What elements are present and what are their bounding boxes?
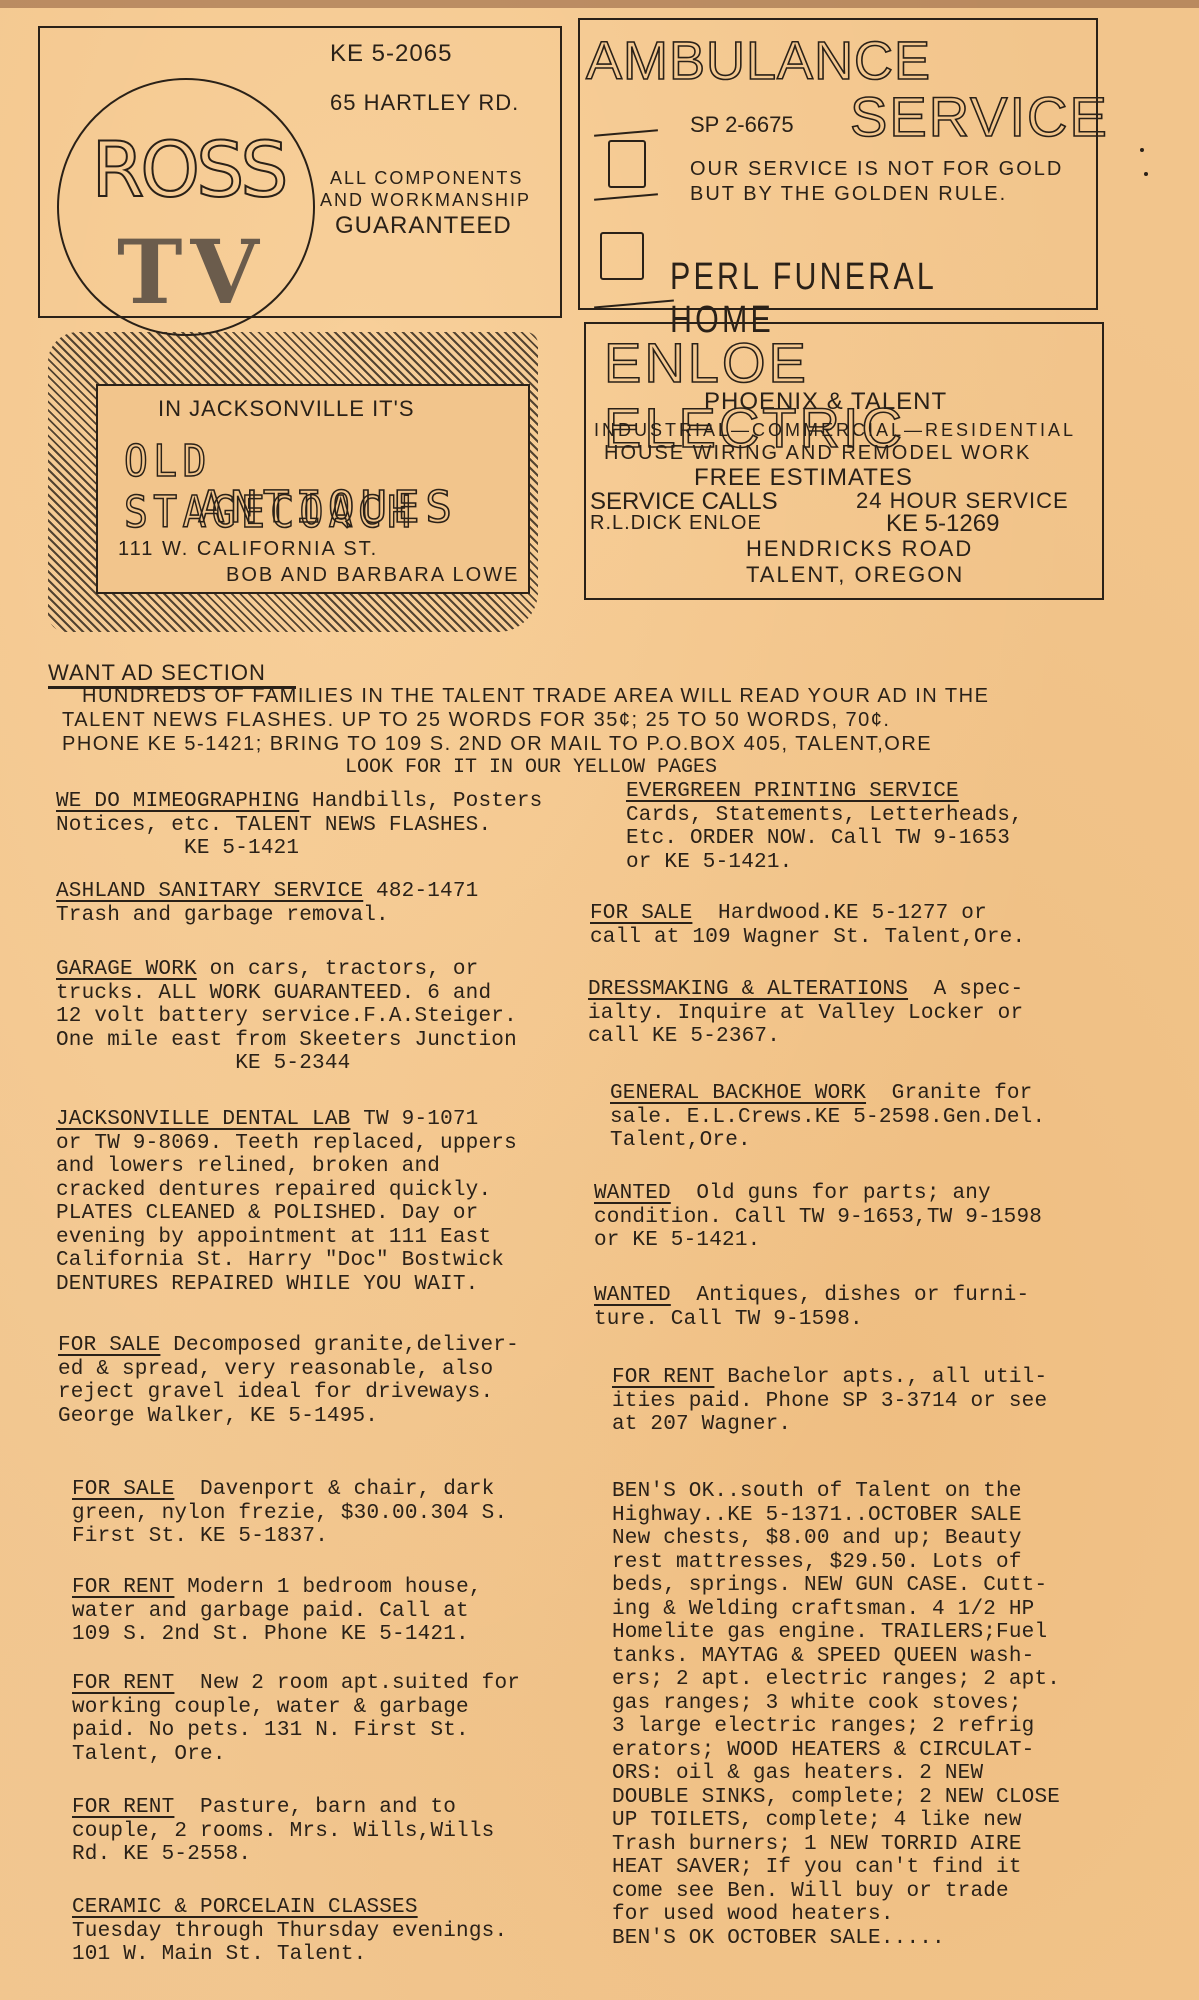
classified-text: at 207 Wagner. — [612, 1413, 791, 1436]
classified-ad: FOR RENT Bachelor apts., all util-ities … — [612, 1366, 1047, 1437]
enloe-services: House wiring and Remodel Work — [604, 442, 1031, 465]
classified-text: ers; 2 apt. electric ranges; 2 apt. — [612, 1668, 1060, 1691]
ambulance-service-title: SERVICE — [850, 84, 1109, 149]
classified-text: working couple, water & garbage — [72, 1696, 469, 1719]
classified-text: ORS: oil & gas heaters. 2 NEW — [612, 1762, 983, 1785]
classified-line: FOR RENT Modern 1 bedroom house, — [72, 1576, 482, 1600]
ambulance-phone: SP 2-6675 — [690, 112, 794, 138]
classified-text: gas ranges; 3 white cook stoves; — [612, 1692, 1022, 1715]
paper-speck — [1144, 172, 1148, 176]
classified-text: HEAT SAVER; If you can't find it — [612, 1856, 1022, 1879]
classified-text: or KE 5-1421. — [626, 851, 792, 874]
enloe-sectors: INDUSTRIAL—COMMERCIAL—RESIDENTIAL — [594, 420, 1076, 441]
decorative-rule — [594, 193, 658, 201]
classified-text: New 2 room apt.suited for — [174, 1672, 520, 1695]
classified-line: DOUBLE SINKS, complete; 2 NEW CLOSE — [612, 1786, 1060, 1810]
classified-text: Homelite gas engine. TRAILERS;Fuel — [612, 1621, 1047, 1644]
ross-tagline-1: All components — [330, 168, 523, 189]
ross-phone: KE 5-2065 — [330, 40, 452, 68]
classified-ad: FOR SALE Decomposed granite,deliver-ed &… — [58, 1334, 519, 1428]
classified-line: Cards, Statements, Letterheads, — [626, 804, 1023, 828]
classified-line: gas ranges; 3 white cook stoves; — [612, 1692, 1060, 1716]
classified-line: GARAGE WORK on cars, tractors, or — [56, 958, 517, 982]
classified-heading: FOR RENT — [612, 1366, 714, 1389]
classified-text: trucks. ALL WORK GUARANTEED. 6 and — [56, 982, 491, 1005]
classified-line: JACKSONVILLE DENTAL LAB TW 9-1071 — [56, 1108, 517, 1132]
classified-line: water and garbage paid. Call at — [72, 1600, 482, 1624]
classified-line: Trash burners; 1 NEW TORRID AIRE — [612, 1833, 1060, 1857]
classified-heading: FOR RENT — [72, 1576, 174, 1599]
checkbox-icon — [600, 232, 644, 280]
classified-text: condition. Call TW 9-1653,TW 9-1598 — [594, 1206, 1042, 1229]
page-edge — [0, 0, 1199, 8]
classified-line: Talent,Ore. — [610, 1129, 1045, 1153]
classified-line: or KE 5-1421. — [594, 1229, 1042, 1253]
classified-ad: CERAMIC & PORCELAIN CLASSESTuesday throu… — [72, 1896, 507, 1967]
classified-line: CERAMIC & PORCELAIN CLASSES — [72, 1896, 507, 1920]
classified-line: evening by appointment at 111 East — [56, 1226, 517, 1250]
classified-text: Etc. ORDER NOW. Call TW 9-1653 — [626, 827, 1010, 850]
classified-text: DOUBLE SINKS, complete; 2 NEW CLOSE — [612, 1786, 1060, 1809]
classified-text: Old guns for parts; any — [671, 1182, 991, 1205]
classified-line: One mile east from Skeeters Junction — [56, 1029, 517, 1053]
classified-line: Highway..KE 5-1371..OCTOBER SALE — [612, 1504, 1060, 1528]
stagecoach-panel: IN JACKSONVILLE IT'S OLD STAGECOACH ANTI… — [96, 384, 530, 594]
yellow-pages-note: LOOK FOR IT IN OUR YELLOW PAGES — [345, 756, 717, 779]
classified-text: Talent, Ore. — [72, 1743, 226, 1766]
decorative-rule — [594, 129, 658, 137]
classified-text: Notices, etc. TALENT NEWS FLASHES. — [56, 814, 491, 837]
classified-heading: WANTED — [594, 1182, 671, 1205]
classified-line: sale. E.L.Crews.KE 5-2598.Gen.Del. — [610, 1106, 1045, 1130]
classified-line: BEN'S OK..south of Talent on the — [612, 1480, 1060, 1504]
ambulance-motto-2: But by the Golden Rule. — [690, 183, 1007, 206]
classified-line: FOR SALE Davenport & chair, dark — [72, 1478, 507, 1502]
classified-text: sale. E.L.Crews.KE 5-2598.Gen.Del. — [610, 1106, 1045, 1129]
classified-text: on cars, tractors, or — [197, 958, 479, 981]
classified-line: and lowers relined, broken and — [56, 1155, 517, 1179]
classified-line: Homelite gas engine. TRAILERS;Fuel — [612, 1621, 1060, 1645]
enloe-location: PHOENIX & TALENT — [704, 388, 947, 416]
classified-text: or TW 9-8069. Teeth replaced, uppers — [56, 1132, 517, 1155]
classified-line: couple, 2 rooms. Mrs. Wills,Wills — [72, 1820, 494, 1844]
classified-heading: DRESSMAKING & ALTERATIONS — [588, 978, 908, 1001]
ross-tv-ad: ROSS TV KE 5-2065 65 Hartley Rd. All com… — [38, 26, 562, 318]
classified-ad: DRESSMAKING & ALTERATIONS A spec-ialty. … — [588, 978, 1023, 1049]
classified-line: Trash and garbage removal. — [56, 904, 478, 928]
stagecoach-intro: IN JACKSONVILLE IT'S — [158, 396, 415, 422]
classified-text: Granite for — [866, 1082, 1032, 1105]
classified-line: New chests, $8.00 and up; Beauty — [612, 1527, 1060, 1551]
classified-ad: WE DO MIMEOGRAPHING Handbills, PostersNo… — [56, 790, 543, 861]
classified-heading: GARAGE WORK — [56, 958, 197, 981]
classified-line: HEAT SAVER; If you can't find it — [612, 1856, 1060, 1880]
classified-line: reject gravel ideal for driveways. — [58, 1381, 519, 1405]
classified-line: FOR RENT Bachelor apts., all util- — [612, 1366, 1047, 1390]
classified-line: WANTED Antiques, dishes or furni- — [594, 1284, 1029, 1308]
classified-line: PLATES CLEANED & POLISHED. Day or — [56, 1202, 517, 1226]
classified-text: BEN'S OK..south of Talent on the — [612, 1480, 1022, 1503]
classified-text: come see Ben. Will buy or trade — [612, 1880, 1009, 1903]
classified-text: ialty. Inquire at Valley Locker or — [588, 1002, 1023, 1025]
classified-line: Notices, etc. TALENT NEWS FLASHES. — [56, 814, 543, 838]
classified-line: call at 109 Wagner St. Talent,Ore. — [590, 926, 1025, 950]
classified-ad: FOR SALE Hardwood.KE 5-1277 orcall at 10… — [590, 902, 1025, 949]
classified-text: call at 109 Wagner St. Talent,Ore. — [590, 926, 1025, 949]
classified-text: ing & Welding craftsman. 4 1/2 HP — [612, 1598, 1034, 1621]
decorative-rule — [594, 300, 674, 309]
classified-text: Hardwood.KE 5-1277 or — [692, 902, 986, 925]
classified-heading: FOR SALE — [58, 1334, 160, 1357]
classified-text: evening by appointment at 111 East — [56, 1226, 491, 1249]
classified-text: Modern 1 bedroom house, — [174, 1576, 481, 1599]
want-ad-intro: Hundreds of families in the Talent Trade… — [62, 684, 1162, 756]
classified-text: Highway..KE 5-1371..OCTOBER SALE — [612, 1504, 1022, 1527]
classified-ad: GARAGE WORK on cars, tractors, ortrucks.… — [56, 958, 517, 1076]
classified-line: California St. Harry "Doc" Bostwick — [56, 1249, 517, 1273]
stagecoach-name-2: ANTIQUES — [198, 482, 458, 533]
classified-line: 3 large electric ranges; 2 refrig — [612, 1715, 1060, 1739]
classified-text: or KE 5-1421. — [594, 1229, 760, 1252]
classified-line: tanks. MAYTAG & SPEED QUEEN wash- — [612, 1645, 1060, 1669]
classified-line: GENERAL BACKHOE WORK Granite for — [610, 1082, 1045, 1106]
classified-heading: FOR SALE — [72, 1478, 174, 1501]
ross-tagline-3: GUARANTEED — [335, 212, 512, 240]
classified-line: Etc. ORDER NOW. Call TW 9-1653 — [626, 827, 1023, 851]
checkbox-icon — [608, 140, 646, 188]
classified-ad: ASHLAND SANITARY SERVICE 482-1471Trash a… — [56, 880, 478, 927]
ambulance-title: AMBULANCE — [586, 30, 931, 92]
classified-line: Talent, Ore. — [72, 1743, 520, 1767]
classified-line: BEN'S OK OCTOBER SALE..... — [612, 1927, 1060, 1951]
enloe-city: Talent, Oregon — [746, 562, 964, 588]
intro-line: Hundreds of families in the Talent Trade… — [62, 684, 1162, 708]
classified-text: ities paid. Phone SP 3-3714 or see — [612, 1390, 1047, 1413]
classified-line: 109 S. 2nd St. Phone KE 5-1421. — [72, 1623, 482, 1647]
classified-ad: WANTED Antiques, dishes or furni-ture. C… — [594, 1284, 1029, 1331]
classified-heading: FOR RENT — [72, 1796, 174, 1819]
classified-text: reject gravel ideal for driveways. — [58, 1381, 493, 1404]
classified-text: One mile east from Skeeters Junction — [56, 1029, 517, 1052]
tv-logo-icon: TV — [117, 220, 257, 324]
classified-line: WE DO MIMEOGRAPHING Handbills, Posters — [56, 790, 543, 814]
classified-heading: FOR RENT — [72, 1672, 174, 1695]
classified-line: ing & Welding craftsman. 4 1/2 HP — [612, 1598, 1060, 1622]
classified-line: cracked dentures repaired quickly. — [56, 1179, 517, 1203]
intro-line: Talent News Flashes. Up to 25 words for … — [62, 708, 1162, 732]
classified-heading: EVERGREEN PRINTING SERVICE — [626, 780, 959, 803]
classified-text: ture. Call TW 9-1598. — [594, 1308, 863, 1331]
classified-text: paid. No pets. 131 N. First St. — [72, 1719, 469, 1742]
enloe-electric-ad: ENLOE ELECTRIC PHOENIX & TALENT INDUSTRI… — [584, 322, 1104, 600]
stagecoach-address: 111 W. California St. — [118, 538, 378, 561]
classified-line: green, nylon frezie, $30.00.304 S. — [72, 1502, 507, 1526]
classified-heading: WANTED — [594, 1284, 671, 1307]
classified-text: DENTURES REPAIRED WHILE YOU WAIT. — [56, 1273, 478, 1296]
classified-text: KE 5-2344 — [56, 1052, 350, 1075]
classified-line: for used wood heaters. — [612, 1903, 1060, 1927]
classified-text: George Walker, KE 5-1495. — [58, 1405, 378, 1428]
classified-line: trucks. ALL WORK GUARANTEED. 6 and — [56, 982, 517, 1006]
classified-heading: FOR SALE — [590, 902, 692, 925]
enloe-road: Hendricks Road — [746, 536, 973, 562]
classified-ad: FOR RENT New 2 room apt.suited forworkin… — [72, 1672, 520, 1766]
classified-text: Antiques, dishes or furni- — [671, 1284, 1029, 1307]
enloe-phone: KE 5-1269 — [886, 510, 999, 538]
classified-line: DRESSMAKING & ALTERATIONS A spec- — [588, 978, 1023, 1002]
stagecoach-antiques-ad: IN JACKSONVILLE IT'S OLD STAGECOACH ANTI… — [48, 332, 538, 632]
classified-text: Decomposed granite,deliver- — [160, 1334, 518, 1357]
classified-text: erators; WOOD HEATERS & CIRCULAT- — [612, 1739, 1034, 1762]
classified-line: ORS: oil & gas heaters. 2 NEW — [612, 1762, 1060, 1786]
classified-line: or KE 5-1421. — [626, 851, 1023, 875]
classified-text: Trash burners; 1 NEW TORRID AIRE — [612, 1833, 1022, 1856]
classified-line: FOR RENT New 2 room apt.suited for — [72, 1672, 520, 1696]
classified-heading: ASHLAND SANITARY SERVICE — [56, 880, 363, 903]
classified-ad: BEN'S OK..south of Talent on theHighway.… — [612, 1480, 1060, 1950]
classified-text: 12 volt battery service.F.A.Steiger. — [56, 1005, 517, 1028]
classified-line: ASHLAND SANITARY SERVICE 482-1471 — [56, 880, 478, 904]
classified-heading: JACKSONVILLE DENTAL LAB — [56, 1108, 350, 1131]
classified-text: Pasture, barn and to — [174, 1796, 456, 1819]
classified-ad: FOR RENT Pasture, barn and tocouple, 2 r… — [72, 1796, 494, 1867]
classified-text: Trash and garbage removal. — [56, 904, 389, 927]
classified-line: beds, springs. NEW GUN CASE. Cutt- — [612, 1574, 1060, 1598]
classified-text: Handbills, Posters — [299, 790, 542, 813]
ambulance-ad: AMBULANCE SERVICE SP 2-6675 Our service … — [578, 18, 1098, 310]
classified-text: Talent,Ore. — [610, 1129, 751, 1152]
classified-text: cracked dentures repaired quickly. — [56, 1179, 491, 1202]
classified-text: BEN'S OK OCTOBER SALE..... — [612, 1927, 945, 1950]
classified-text: TW 9-1071 — [350, 1108, 478, 1131]
classified-text: A spec- — [908, 978, 1023, 1001]
classified-text: and lowers relined, broken and — [56, 1155, 440, 1178]
classified-line: First St. KE 5-1837. — [72, 1525, 507, 1549]
classified-text: water and garbage paid. Call at — [72, 1600, 469, 1623]
classified-line: UP TOILETS, complete; 4 like new — [612, 1809, 1060, 1833]
classified-line: EVERGREEN PRINTING SERVICE — [626, 780, 1023, 804]
classified-text: green, nylon frezie, $30.00.304 S. — [72, 1502, 507, 1525]
classified-text: New chests, $8.00 and up; Beauty — [612, 1527, 1022, 1550]
classified-ad: JACKSONVILLE DENTAL LAB TW 9-1071or TW 9… — [56, 1108, 517, 1296]
classified-text: 3 large electric ranges; 2 refrig — [612, 1715, 1034, 1738]
classified-heading: CERAMIC & PORCELAIN CLASSES — [72, 1896, 418, 1919]
intro-line: Phone KE 5-1421; bring to 109 S. 2nd or … — [62, 732, 1162, 756]
enloe-owner: R.L.Dick Enloe — [590, 512, 762, 535]
classified-text: 482-1471 — [363, 880, 478, 903]
classified-line: call KE 5-2367. — [588, 1025, 1023, 1049]
classified-text: for used wood heaters. — [612, 1903, 894, 1926]
classified-text: First St. KE 5-1837. — [72, 1525, 328, 1548]
classified-text: call KE 5-2367. — [588, 1025, 780, 1048]
classified-line: 12 volt battery service.F.A.Steiger. — [56, 1005, 517, 1029]
classified-line: ed & spread, very reasonable, also — [58, 1358, 519, 1382]
classified-line: come see Ben. Will buy or trade — [612, 1880, 1060, 1904]
classified-text: tanks. MAYTAG & SPEED QUEEN wash- — [612, 1645, 1034, 1668]
classified-line: DENTURES REPAIRED WHILE YOU WAIT. — [56, 1273, 517, 1297]
ross-tv-logo-circle: ROSS TV — [57, 78, 315, 336]
classified-line: at 207 Wagner. — [612, 1413, 1047, 1437]
ross-address: 65 Hartley Rd. — [330, 90, 519, 116]
classified-text: UP TOILETS, complete; 4 like new — [612, 1809, 1022, 1832]
classified-heading: WE DO MIMEOGRAPHING — [56, 790, 299, 813]
classified-ad: FOR SALE Davenport & chair, darkgreen, n… — [72, 1478, 507, 1549]
classified-line: KE 5-1421 — [56, 837, 543, 861]
classified-line: ture. Call TW 9-1598. — [594, 1308, 1029, 1332]
classified-heading: GENERAL BACKHOE WORK — [610, 1082, 866, 1105]
classified-line: FOR RENT Pasture, barn and to — [72, 1796, 494, 1820]
classified-text: KE 5-1421 — [56, 837, 299, 860]
classified-ad: WANTED Old guns for parts; anycondition.… — [594, 1182, 1042, 1253]
classified-line: condition. Call TW 9-1653,TW 9-1598 — [594, 1206, 1042, 1230]
classified-text: Tuesday through Thursday evenings. — [72, 1920, 507, 1943]
classified-line: George Walker, KE 5-1495. — [58, 1405, 519, 1429]
classified-text: beds, springs. NEW GUN CASE. Cutt- — [612, 1574, 1047, 1597]
classified-text: Rd. KE 5-2558. — [72, 1843, 251, 1866]
classified-text: Cards, Statements, Letterheads, — [626, 804, 1023, 827]
classified-line: erators; WOOD HEATERS & CIRCULAT- — [612, 1739, 1060, 1763]
classified-line: or TW 9-8069. Teeth replaced, uppers — [56, 1132, 517, 1156]
classified-text: rest mattresses, $29.50. Lots of — [612, 1551, 1022, 1574]
classified-line: FOR SALE Hardwood.KE 5-1277 or — [590, 902, 1025, 926]
classified-line: 101 W. Main St. Talent. — [72, 1943, 507, 1967]
paper-speck — [1140, 148, 1144, 152]
classified-line: ialty. Inquire at Valley Locker or — [588, 1002, 1023, 1026]
ambulance-motto-1: Our service is not for gold — [690, 158, 1063, 181]
classified-text: ed & spread, very reasonable, also — [58, 1358, 493, 1381]
classified-line: WANTED Old guns for parts; any — [594, 1182, 1042, 1206]
classified-line: ities paid. Phone SP 3-3714 or see — [612, 1390, 1047, 1414]
classified-text: PLATES CLEANED & POLISHED. Day or — [56, 1202, 478, 1225]
classified-text: California St. Harry "Doc" Bostwick — [56, 1249, 504, 1272]
classified-text: couple, 2 rooms. Mrs. Wills,Wills — [72, 1820, 494, 1843]
classified-ad: FOR RENT Modern 1 bedroom house,water an… — [72, 1576, 482, 1647]
stagecoach-owners: Bob and Barbara Lowe — [226, 564, 519, 587]
classified-text: Davenport & chair, dark — [174, 1478, 494, 1501]
classified-text: 101 W. Main St. Talent. — [72, 1943, 366, 1966]
ross-tagline-2: and workmanship — [320, 190, 531, 211]
classified-line: working couple, water & garbage — [72, 1696, 520, 1720]
classified-line: paid. No pets. 131 N. First St. — [72, 1719, 520, 1743]
classified-line: rest mattresses, $29.50. Lots of — [612, 1551, 1060, 1575]
classified-line: ers; 2 apt. electric ranges; 2 apt. — [612, 1668, 1060, 1692]
classified-ad: GENERAL BACKHOE WORK Granite forsale. E.… — [610, 1082, 1045, 1153]
classified-line: Tuesday through Thursday evenings. — [72, 1920, 507, 1944]
classified-text: Bachelor apts., all util- — [714, 1366, 1047, 1389]
classified-ad: EVERGREEN PRINTING SERVICECards, Stateme… — [626, 780, 1023, 874]
classified-line: KE 5-2344 — [56, 1052, 517, 1076]
classified-text: 109 S. 2nd St. Phone KE 5-1421. — [72, 1623, 469, 1646]
classified-line: FOR SALE Decomposed granite,deliver- — [58, 1334, 519, 1358]
ross-logo-word: ROSS — [79, 125, 297, 214]
classified-line: Rd. KE 5-2558. — [72, 1843, 494, 1867]
